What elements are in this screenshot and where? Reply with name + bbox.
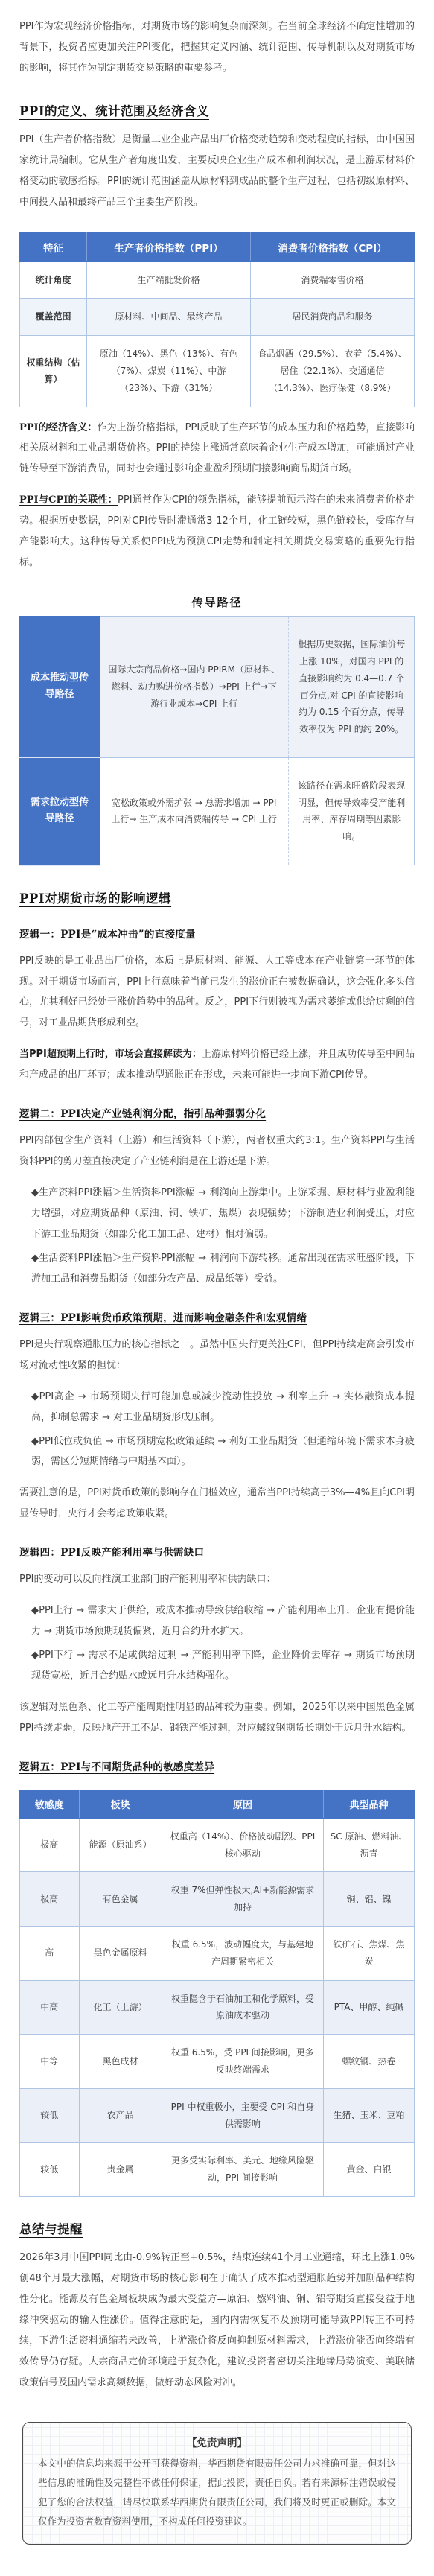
table-cell: SC 原油、燃料油、沥青	[324, 1818, 415, 1872]
article-page: PPI作为宏观经济价格指标，对期货市场的影响复杂而深刻。在当前全球经济不确定性增…	[0, 0, 434, 2576]
table-cell: 有色金属	[79, 1872, 162, 1927]
table-cell: 食品烟酒（29.5%）、衣着（5.4%）、居住（22.1%）、交通通信（14.3…	[251, 336, 415, 407]
table-cell: 统计角度	[20, 261, 87, 299]
disclaimer-text: 本文中的信息均来源于公开可获得资料，华西期货有限责任公司力求准确可靠，但对这些信…	[38, 2454, 396, 2532]
table-cell: 能源（原油系）	[79, 1818, 162, 1872]
logic-heading: 逻辑三：PPI影响货币政策预期，进而影响金融条件和宏观情绪	[19, 1309, 415, 1324]
cpi-link-paragraph: PPI与CPI的关联性：PPI通常作为CPI的领先指标，能够提前预示潜在的未来消…	[19, 490, 415, 573]
table-cell: 居民消费商品和服务	[251, 299, 415, 336]
table-cell: 中等	[20, 2035, 80, 2089]
transmission-path-cell: 宽松政策或外需扩张 → 总需求增加 → PPI 上行→ 生产成本向消费端传导 →…	[100, 757, 289, 865]
summary-paragraph: 2026年3月中国PPI同比由-0.9%转正至+0.5%，结束连续41个月工业通…	[19, 2248, 415, 2394]
table-cell: 原材料、中间品、最终产品	[87, 299, 251, 336]
table-cell: 权重 6.5%，受 PPI 间接影响，更多反映终端需求	[162, 2035, 323, 2089]
table-row: 较低农产品PPI 中权重极小，主要受 CPI 和自身供需影响生猪、玉米、豆粕	[20, 2088, 415, 2143]
table-cell: 中高	[20, 1980, 80, 2035]
table-row: 极高能源（原油系）权重高（14%）、价格波动剧烈、PPI 核心驱动SC 原油、燃…	[20, 1818, 415, 1872]
compare-table-header-row: 特征生产者价格指数（PPI）消费者价格指数（CPI）	[20, 232, 415, 261]
table-cell: 较低	[20, 2143, 80, 2197]
column-header: 原因	[162, 1790, 323, 1818]
sensitivity-table-header-row: 敏感度板块原因典型品种	[20, 1790, 415, 1818]
logic-paragraph: 需要注意的是，PPI对货币政策的影响存在门槛效应，通常当PPI持续高于3%—4%…	[19, 1483, 415, 1524]
cpi-link-lead: PPI与CPI的关联性：	[19, 494, 118, 506]
transmission-table-body: 成本推动型传导路径国际大宗商品价格→国内 PPIRM（原材料、燃料、动力购进价格…	[20, 617, 415, 865]
table-cell: 极高	[20, 1818, 80, 1872]
table-row: 高黑色金属原料权重 6.5%，波动幅度大，与基建地产周期紧密相关铁矿石、焦煤、焦…	[20, 1927, 415, 1981]
table-cell: 农产品	[79, 2088, 162, 2143]
definition-paragraph: PPI（生产者价格指数）是衡量工业企业产品出厂价格变动趋势和变动程度的指标，由中…	[19, 130, 415, 213]
column-header: 典型品种	[324, 1790, 415, 1818]
column-header: 敏感度	[20, 1790, 80, 1818]
table-cell: 覆盖范围	[20, 299, 87, 336]
table-cell: 铜、铝、镍	[324, 1872, 415, 1927]
table-cell: 消费端零售价格	[251, 261, 415, 299]
logic-paragraph: PPI是央行观察通胀压力的核心指标之一。虽然中国央行更关注CPI，但PPI持续走…	[19, 1335, 415, 1376]
table-cell: 生产端批发价格	[87, 261, 251, 299]
table-row: 中等黑色成材权重 6.5%，受 PPI 间接影响，更多反映终端需求螺纹钢、热卷	[20, 2035, 415, 2089]
logic-bullet: ◆PPI上行 → 需求大于供给，或成本推动导致供给收缩 → 产能利用率上升，企业…	[31, 1600, 415, 1642]
table-cell: 生猪、玉米、豆粕	[324, 2088, 415, 2143]
table-cell: 黑色金属原料	[79, 1927, 162, 1981]
logic-bullet: ◆生活资料PPI涨幅＞生产资料PPI涨幅 → 利润向下游转移。通常出现在需求旺盛…	[31, 1248, 415, 1290]
transmission-note-cell: 该路径在需求旺盛阶段表现明显，但传导效率受产能利用率、库存周期等因素影响。	[289, 757, 415, 865]
sensitivity-table-body: 极高能源（原油系）权重高（14%）、价格波动剧烈、PPI 核心驱动SC 原油、燃…	[20, 1818, 415, 2196]
logic-heading: 逻辑一：PPI是“成本冲击”的直接度量	[19, 926, 415, 941]
table-cell: 权重 6.5%，波动幅度大，与基建地产周期紧密相关	[162, 1927, 323, 1981]
section-title-definition: PPI的定义、统计范围及经济含义	[19, 101, 415, 119]
table-cell: 权重 7%但弹性极大,AI+新能源需求加持	[162, 1872, 323, 1927]
transmission-note-cell: 根据历史数据，国际油价每上涨 10%，对国内 PPI 的直接影响约为 0.4—0…	[289, 617, 415, 758]
logic-paragraph: PPI的变动可以反向推演工业部门的产能利用率和供需缺口：	[19, 1569, 415, 1590]
transmission-row-label: 需求拉动型传导路径	[20, 757, 100, 865]
logic-bullet: ◆生产资料PPI涨幅＞生活资料PPI涨幅 → 利润向上游集中。上游采掘、原材料行…	[31, 1183, 415, 1245]
logic-paragraph: PPI反映的是工业品出厂价格，本质上是原材料、能源、人工等成本在产业链第一环节的…	[19, 951, 415, 1034]
table-cell: 原油（14%）、黑色（13%）、有色（7%）、煤炭（11%）、中游（23%）、下…	[87, 336, 251, 407]
table-cell: 黄金、白银	[324, 2143, 415, 2197]
logic-heading: 逻辑五：PPI与不同期货品种的敏感度差异	[19, 1758, 415, 1773]
intro-paragraph: PPI作为宏观经济价格指标，对期货市场的影响复杂而深刻。在当前全球经济不确定性增…	[19, 16, 415, 79]
table-cell: 螺纹钢、热卷	[324, 2035, 415, 2089]
table-cell: 权重结构（估算）	[20, 336, 87, 407]
transmission-path-cell: 国际大宗商品价格→国内 PPIRM（原材料、燃料、动力购进价格指数）→PPI 上…	[100, 617, 289, 758]
economic-meaning-lead: PPI的经济含义：	[19, 422, 98, 433]
ppi-cpi-compare-table: 特征生产者价格指数（PPI）消费者价格指数（CPI） 统计角度生产端批发价格消费…	[19, 232, 415, 407]
transmission-table: 成本推动型传导路径国际大宗商品价格→国内 PPIRM（原材料、燃料、动力购进价格…	[19, 616, 415, 865]
logic-paragraph: PPI内部包含生产资料（上游）和生活资料（下游），两者权重大约3:1。生产资料P…	[19, 1130, 415, 1172]
table-cell: PTA、甲醇、纯碱	[324, 1980, 415, 2035]
table-cell: 极高	[20, 1872, 80, 1927]
table-cell: 权重隐含于石油加工和化学原料，受原油成本驱动	[162, 1980, 323, 2035]
logic-paragraph: 当PPI超预期上行时，市场会直接解读为：上游原材料价格已经上涨，并且成功传导至中…	[19, 1044, 415, 1086]
table-cell: 化工（上游）	[79, 1980, 162, 2035]
disclaimer-title: 【免责声明】	[38, 2435, 396, 2449]
table-cell: 贵金属	[79, 2143, 162, 2197]
compare-table-body: 统计角度生产端批发价格消费端零售价格覆盖范围原材料、中间品、最终产品居民消费商品…	[20, 261, 415, 407]
table-row: 统计角度生产端批发价格消费端零售价格	[20, 261, 415, 299]
table-row: 覆盖范围原材料、中间品、最终产品居民消费商品和服务	[20, 299, 415, 336]
column-header: 生产者价格指数（PPI）	[87, 232, 251, 261]
sensitivity-table: 敏感度板块原因典型品种 极高能源（原油系）权重高（14%）、价格波动剧烈、PPI…	[19, 1790, 415, 2197]
column-header: 板块	[79, 1790, 162, 1818]
table-cell: PPI 中权重极小，主要受 CPI 和自身供需影响	[162, 2088, 323, 2143]
transmission-table-title: 传导路径	[19, 594, 415, 610]
section-title-impact: PPI对期货市场的影响逻辑	[19, 888, 415, 906]
table-cell: 较低	[20, 2088, 80, 2143]
table-row: 中高化工（上游）权重隐含于石油加工和化学原料，受原油成本驱动PTA、甲醇、纯碱	[20, 1980, 415, 2035]
table-cell: 高	[20, 1927, 80, 1981]
logic-heading: 逻辑二：PPI决定产业链利润分配，指引品种强弱分化	[19, 1105, 415, 1120]
table-row: 较低贵金属更多受实际利率、美元、地缘风险驱动，PPI 间接影响黄金、白银	[20, 2143, 415, 2197]
table-row: 权重结构（估算）原油（14%）、黑色（13%）、有色（7%）、煤炭（11%）、中…	[20, 336, 415, 407]
disclaimer-box: 【免责声明】 本文中的信息均来源于公开可获得资料，华西期货有限责任公司力求准确可…	[22, 2422, 412, 2545]
economic-meaning-paragraph: PPI的经济含义：作为上游价格指标，PPI反映了生产环节的成本压力和价格趋势，直…	[19, 418, 415, 480]
transmission-row: 成本推动型传导路径国际大宗商品价格→国内 PPIRM（原材料、燃料、动力购进价格…	[20, 617, 415, 758]
column-header: 消费者价格指数（CPI）	[251, 232, 415, 261]
table-cell: 黑色成材	[79, 2035, 162, 2089]
transmission-row-label: 成本推动型传导路径	[20, 617, 100, 758]
logic-bullet: ◆PPI下行 → 需求不足或供给过剩 → 产能利用率下降，企业降价去库存 → 期…	[31, 1645, 415, 1687]
section-title-summary: 总结与提醒	[19, 2219, 415, 2237]
logic-bullet: ◆PPI低位或负值 → 市场预期宽松政策延续 → 利好工业品期货（但通缩环境下需…	[31, 1431, 415, 1473]
logic-heading: 逻辑四：PPI反映产能利用率与供需缺口	[19, 1544, 415, 1559]
impact-logic-blocks: 逻辑一：PPI是“成本冲击”的直接度量PPI反映的是工业品出厂价格，本质上是原材…	[19, 926, 415, 1773]
table-cell: 权重高（14%）、价格波动剧烈、PPI 核心驱动	[162, 1818, 323, 1872]
table-cell: 更多受实际利率、美元、地缘风险驱动，PPI 间接影响	[162, 2143, 323, 2197]
table-cell: 铁矿石、焦煤、焦炭	[324, 1927, 415, 1981]
logic-bullet: ◆PPI高企 → 市场预期央行可能加息或减少流动性投放 → 利率上升 → 实体融…	[31, 1387, 415, 1428]
logic-paragraph-lead: 当PPI超预期上行时，市场会直接解读为：	[19, 1049, 202, 1060]
table-row: 极高有色金属权重 7%但弹性极大,AI+新能源需求加持铜、铝、镍	[20, 1872, 415, 1927]
logic-paragraph: 该逻辑对黑色系、化工等产能周期性明显的品种较为重要。例如，2025年以来中国黑色…	[19, 1697, 415, 1739]
column-header: 特征	[20, 232, 87, 261]
transmission-row: 需求拉动型传导路径宽松政策或外需扩张 → 总需求增加 → PPI 上行→ 生产成…	[20, 757, 415, 865]
